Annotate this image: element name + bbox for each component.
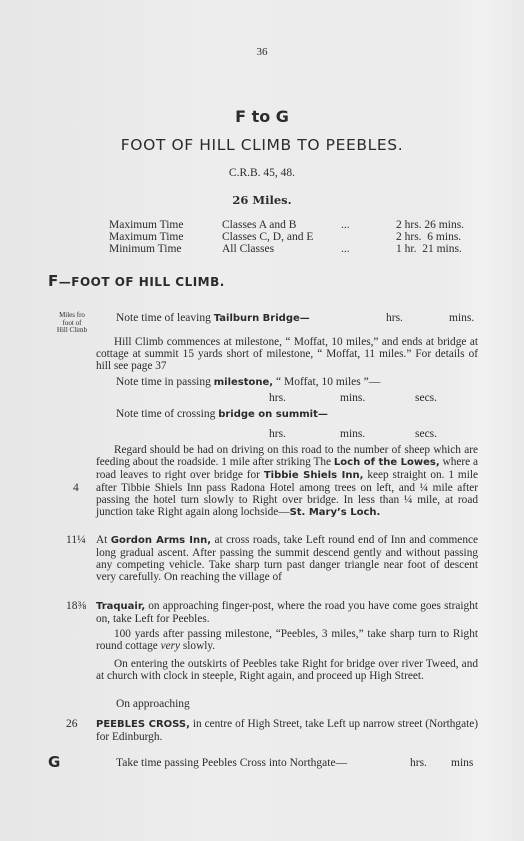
time-row: Minimum Time All Classes ... 1 hr. 21 mi…	[109, 243, 469, 255]
time-label: Maximum Time	[109, 231, 183, 243]
time-classes: Classes A and B	[222, 219, 296, 231]
time-dots: ...	[341, 219, 350, 231]
mileage-marker: 4	[73, 482, 79, 494]
entry-text: Note time of crossing	[116, 408, 218, 420]
place-name: Tibbie Shiels Inn,	[264, 470, 364, 481]
mileage-marker: 18⅜	[66, 600, 86, 612]
peebles-outskirts-directions: On entering the outskirts of Peebles tak…	[96, 658, 478, 682]
secs-blank: secs.	[415, 428, 437, 440]
approaching-text: On approaching	[116, 698, 190, 710]
entry-text: Note time in passing	[116, 376, 214, 388]
time-table: Maximum Time Classes A and B ... 2 hrs. …	[109, 219, 469, 255]
hrs-blank: hrs.	[410, 757, 427, 769]
summit-entry: Note time of crossing bridge on summit—	[116, 408, 328, 420]
entry-text: At	[96, 534, 111, 546]
time-value: 1 hr. 21 mins.	[396, 243, 462, 255]
mileage-marker: 11¼	[66, 534, 86, 546]
page-number: 36	[0, 46, 524, 58]
entry-text: “ Moffat, 10 miles ”—	[273, 376, 380, 388]
section-title: —FOOT OF HILL CLIMB.	[59, 275, 225, 289]
entry-text: on approaching finger-post, where the ro…	[96, 600, 478, 625]
time-label: Minimum Time	[109, 243, 182, 255]
checkpoint-letter: G	[48, 753, 60, 771]
section-letter: F	[48, 272, 59, 290]
time-dots: ...	[341, 243, 350, 255]
peebles-cross-directions: PEEBLES CROSS, in centre of High Street,…	[96, 718, 478, 743]
mins-blank: mins.	[340, 392, 365, 404]
side-label-line: Hill Climb	[47, 327, 97, 335]
mins-blank: mins.	[340, 428, 365, 440]
mileage-marker: 26	[66, 718, 78, 730]
hrs-blank: hrs.	[269, 428, 286, 440]
milestone-peebles-directions: 100 yards after passing milestone, “Peeb…	[96, 628, 478, 652]
entry-text: slowly.	[180, 640, 215, 652]
place-name: Traquair,	[96, 601, 145, 612]
time-classes: All Classes	[222, 243, 274, 255]
loch-directions: Regard should be had on driving on this …	[96, 444, 478, 519]
book-page: 36 F to G FOOT OF HILL CLIMB TO PEEBLES.…	[0, 0, 524, 841]
place-name: milestone,	[214, 377, 273, 388]
secs-blank: secs.	[415, 392, 437, 404]
miles-column-label: Miles fro foot of Hill Climb	[47, 312, 97, 335]
place-name: Loch of the Lowes,	[334, 457, 440, 468]
place-name: PEEBLES CROSS,	[96, 719, 190, 730]
time-label: Maximum Time	[109, 219, 183, 231]
hill-climb-note: Hill Climb commences at milestone, “ Mof…	[96, 336, 478, 372]
hrs-blank: hrs.	[386, 312, 403, 324]
place-name: bridge on summit—	[218, 409, 328, 420]
hrs-blank: hrs.	[269, 392, 286, 404]
mins-blank: mins	[451, 757, 473, 769]
crb-reference: C.R.B. 45, 48.	[0, 167, 524, 179]
milestone-entry: Note time in passing milestone, “ Moffat…	[116, 376, 380, 388]
place-name: Gordon Arms Inn,	[111, 535, 211, 546]
time-row: Maximum Time Classes C, D, and E 2 hrs. …	[109, 231, 469, 243]
traquair-directions: Traquair, on approaching finger-post, wh…	[96, 600, 478, 625]
route-subtitle: FOOT OF HILL CLIMB TO PEEBLES.	[0, 136, 524, 154]
time-classes: Classes C, D, and E	[222, 231, 313, 243]
checkpoint-g-entry: Take time passing Peebles Cross into Nor…	[116, 757, 347, 769]
route-distance: 26 Miles.	[0, 193, 524, 207]
time-value: 2 hrs. 6 mins.	[396, 231, 461, 243]
mins-blank: mins.	[449, 312, 474, 324]
section-heading: F—FOOT OF HILL CLIMB.	[48, 272, 225, 290]
place-name: St. Mary’s Loch.	[290, 507, 381, 518]
gordon-arms-directions: At Gordon Arms Inn, at cross roads, take…	[96, 534, 478, 583]
page-title: F to G	[0, 107, 524, 126]
time-row: Maximum Time Classes A and B ... 2 hrs. …	[109, 219, 469, 231]
entry-text: Note time of leaving	[116, 312, 214, 324]
time-value: 2 hrs. 26 mins.	[396, 219, 464, 231]
place-name: Tailburn Bridge—	[214, 313, 310, 324]
entry-text: 100 yards after passing milestone, “Peeb…	[96, 628, 478, 652]
tailburn-entry: Note time of leaving Tailburn Bridge—	[116, 312, 310, 324]
emphasis: very	[161, 640, 180, 652]
